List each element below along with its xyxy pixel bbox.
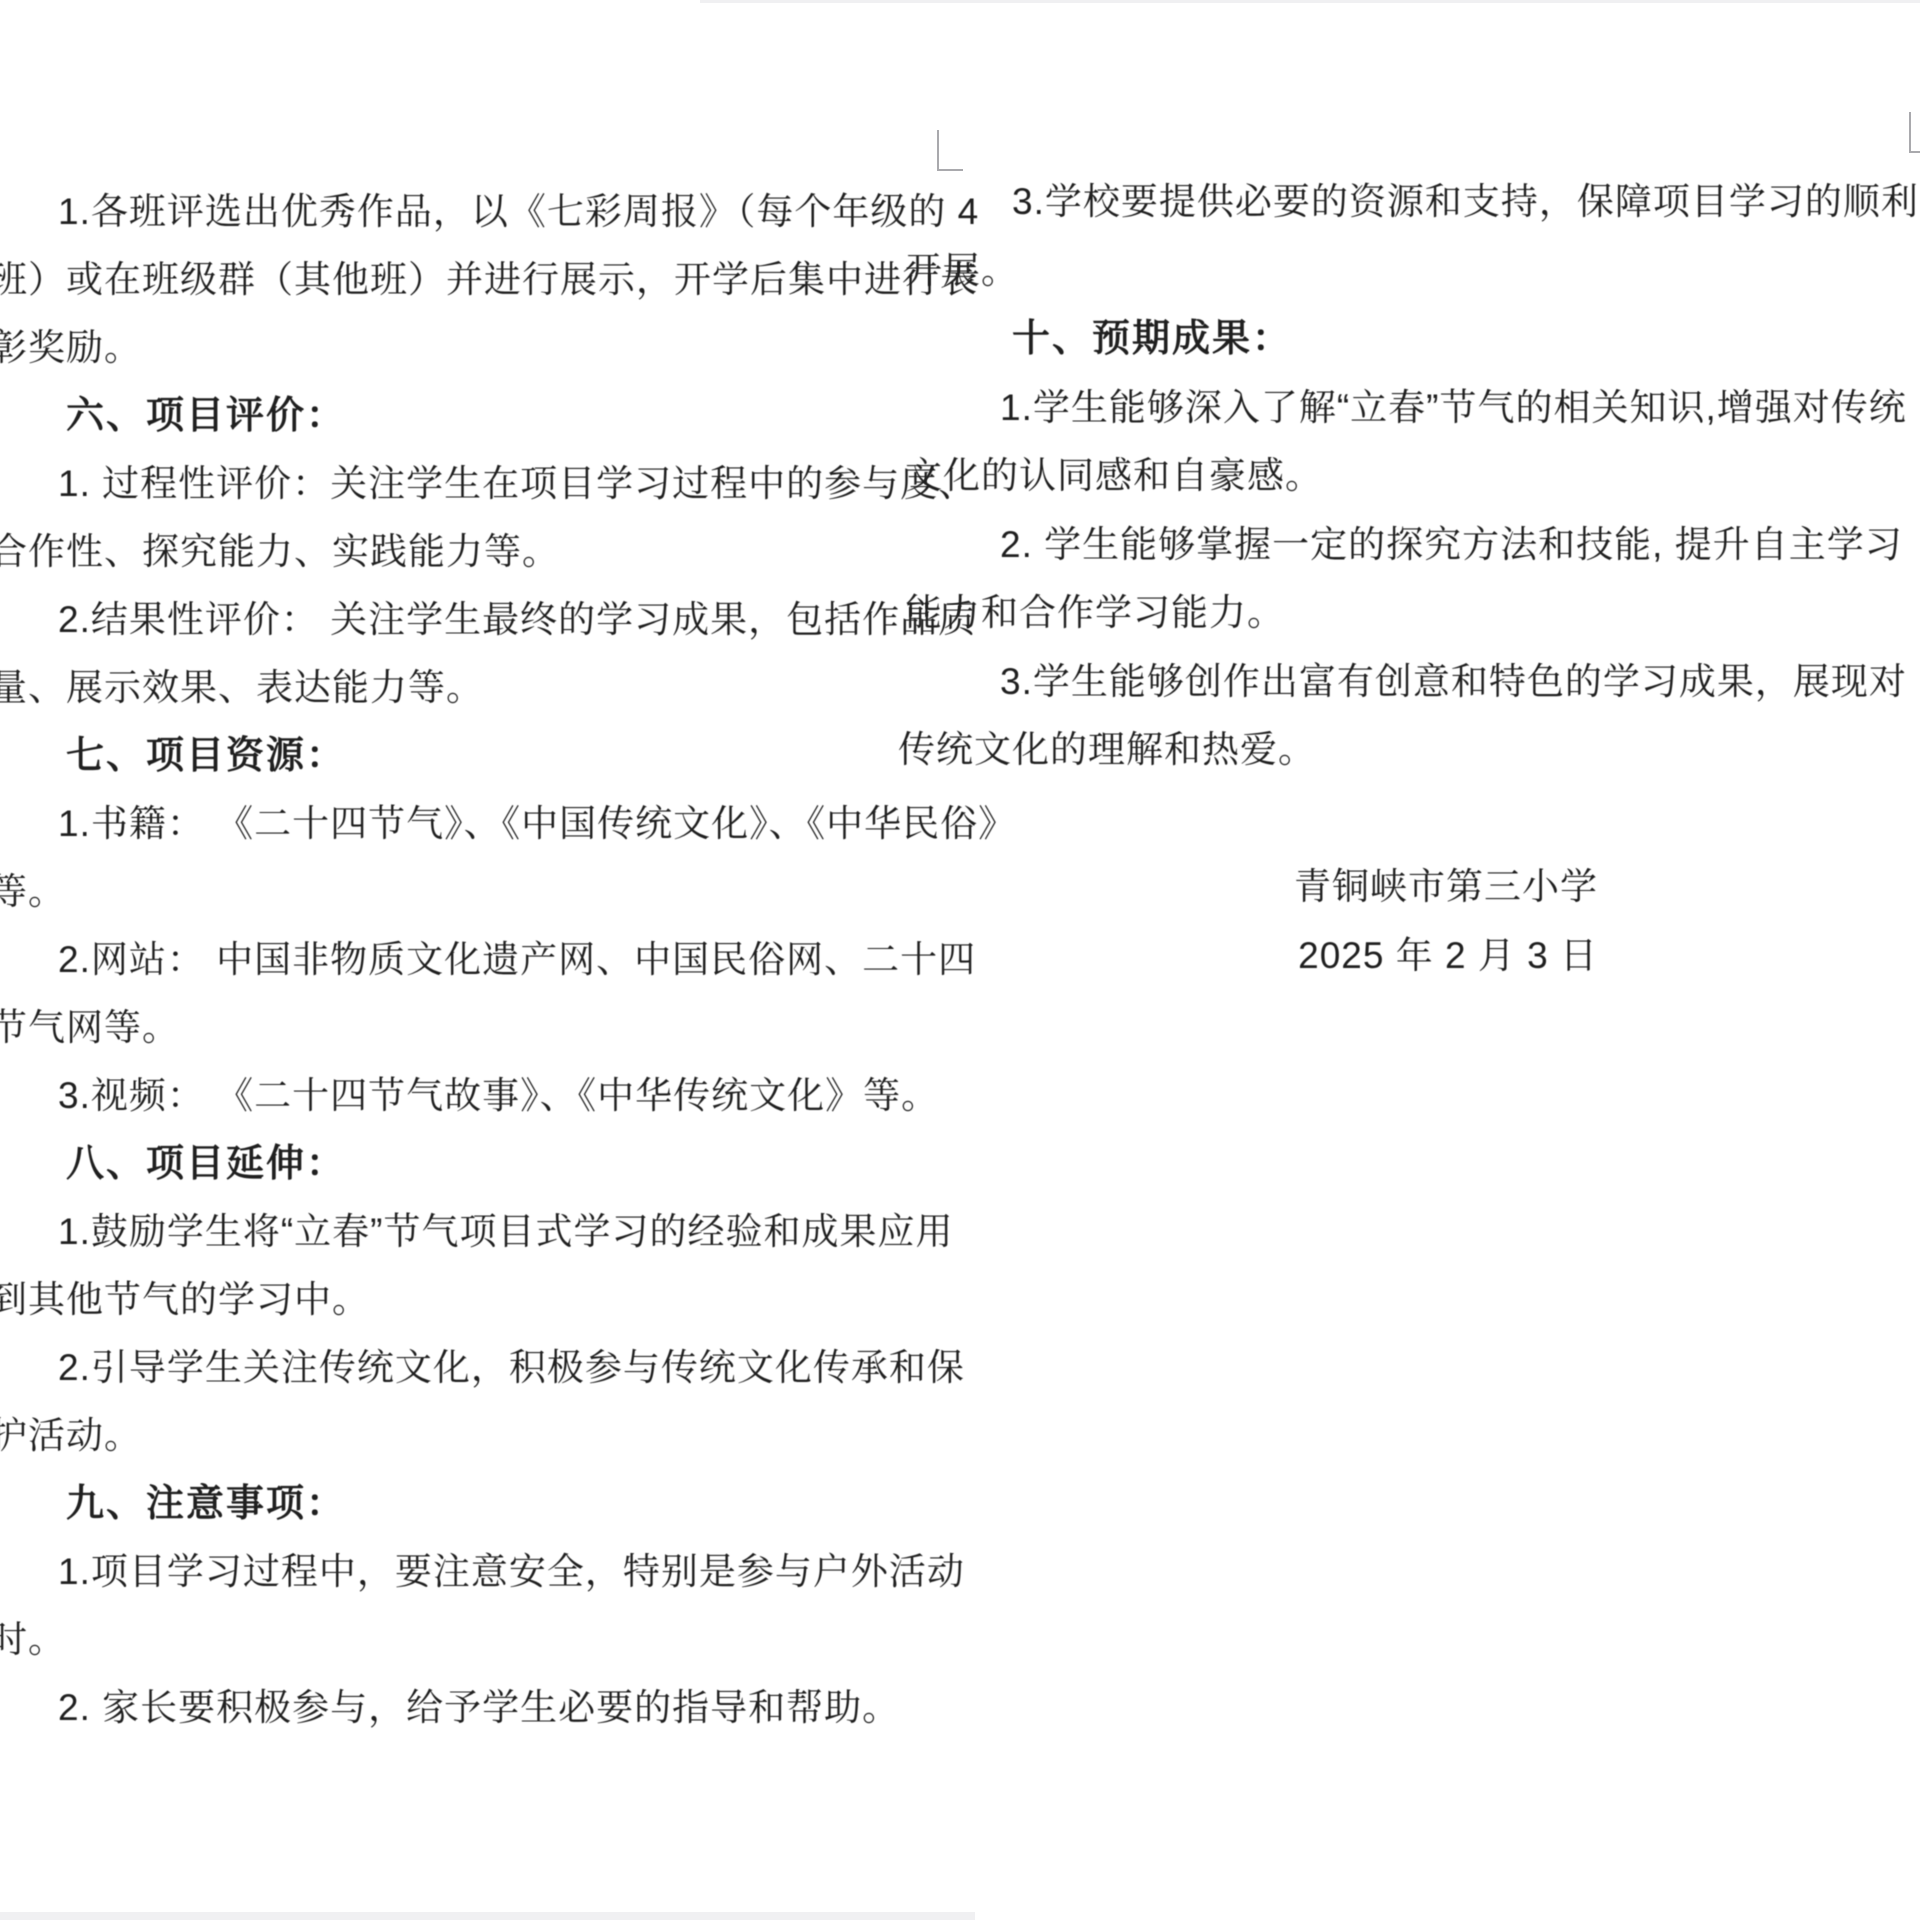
top-edge-strip: [700, 0, 1920, 3]
text-line: 2.结果性评价： 关注学生最终的学习成果，包括作品质: [58, 601, 976, 638]
text-line: 3.视频： 《二十四节气故事》、《中华传统文化》等。: [58, 1077, 939, 1114]
text-line: 3.学生能够创作出富有创意和特色的学习成果，展现对: [1000, 663, 1907, 700]
text-line: 班）或在班级群（其他班）并进行展示，开学后集中进行表: [0, 261, 978, 298]
section-heading-line: 七、项目资源：: [66, 737, 346, 775]
text-line: 1.各班评选出优秀作品，以《七彩周报》（每个年级的 4: [58, 193, 979, 230]
text-line: 3.学校要提供必要的资源和支持，保障项目学习的顺利: [1012, 183, 1919, 220]
text-line: 1.项目学习过程中，要注意安全，特别是参与户外活动: [58, 1553, 965, 1590]
text-line: 2. 家长要积极参与，给予学生必要的指导和帮助。: [58, 1689, 900, 1726]
text-line: 时。: [0, 1621, 66, 1658]
text-line: 2. 学生能够掌握一定的探究方法和技能, 提升自主学习: [1000, 526, 1903, 563]
text-line: 1.学生能够深入了解“立春”节气的相关知识,增强对传统: [1000, 389, 1907, 426]
text-line: 1.书籍： 《二十四节气》、《中国传统文化》、《中华民俗》: [58, 805, 1016, 842]
bottom-taskbar-edge-strip: [0, 1912, 975, 1920]
document-page-spread: 1.各班评选出优秀作品，以《七彩周报》（每个年级的 4班）或在班级群（其他班）并…: [0, 0, 1920, 1920]
text-line: 文化的认同感和自豪感。: [905, 457, 1323, 494]
section-heading-line: 九、注意事项：: [66, 1485, 346, 1523]
text-line: 开展。: [905, 252, 1019, 289]
text-line: 护活动。: [0, 1417, 142, 1454]
text-line: 等。: [0, 873, 66, 910]
section-heading-line: 六、项目评价：: [66, 397, 346, 435]
text-line: 1. 过程性评价：关注学生在项目学习过程中的参与度、: [58, 465, 976, 502]
text-line: 量、展示效果、表达能力等。: [0, 669, 484, 706]
text-line: 2025 年 2 月 3 日: [1298, 937, 1598, 974]
text-line: 2.引导学生关注传统文化，积极参与传统文化传承和保: [58, 1349, 965, 1386]
text-line: 到其他节气的学习中。: [0, 1281, 370, 1318]
text-line: 彰奖励。: [0, 329, 142, 366]
text-line: 节气网等。: [0, 1009, 180, 1046]
section-heading-line: 八、项目延伸：: [66, 1145, 346, 1183]
text-line: 传统文化的理解和热爱。: [898, 731, 1316, 768]
section-heading-line: 十、预期成果：: [1012, 320, 1292, 358]
text-line: 2.网站： 中国非物质文化遗产网、中国民俗网、二十四: [58, 941, 976, 978]
text-line: 青铜峡市第三小学: [1294, 868, 1598, 905]
text-line: 合作性、探究能力、实践能力等。: [0, 533, 560, 570]
text-line: 能力和合作学习能力。: [905, 594, 1285, 631]
text-line: 1.鼓励学生将“立春”节气项目式学习的经验和成果应用: [58, 1213, 954, 1250]
